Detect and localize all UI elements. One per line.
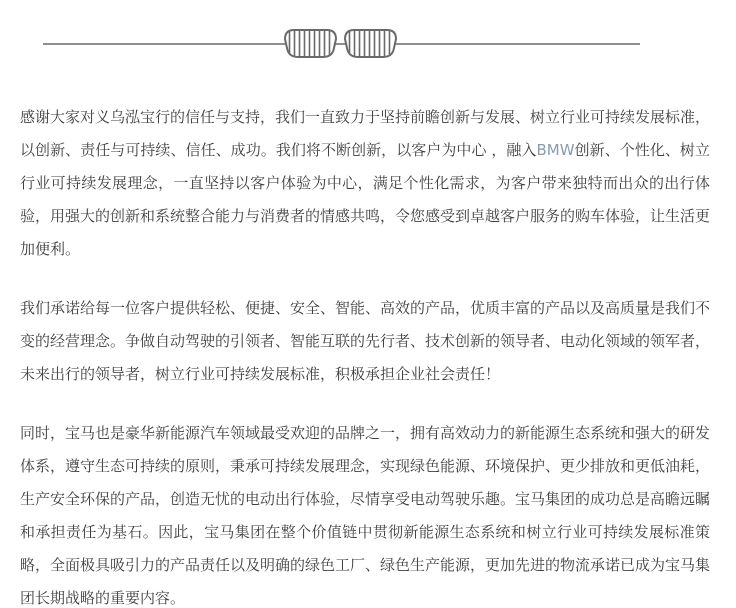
article-body: 感谢大家对义乌泓宝行的信任与支持，我们一直致力于坚持前瞻创新与发展、树立行业可持… xyxy=(0,88,736,608)
paragraph-2: 我们承诺给每一位客户提供轻松、便捷、安全、智能、高效的产品，优质丰富的产品以及高… xyxy=(20,292,710,391)
paragraph-1: 感谢大家对义乌泓宝行的信任与支持，我们一直致力于坚持前瞻创新与发展、树立行业可持… xyxy=(20,101,710,266)
paragraph-3: 同时，宝马也是豪华新能源汽车领域最受欢迎的品牌之一，拥有高效动力的新能源生态系统… xyxy=(20,417,710,608)
bmw-keyword-link[interactable]: BMW xyxy=(536,141,574,159)
article-page: 感谢大家对义乌泓宝行的信任与支持，我们一直致力于坚持前瞻创新与发展、树立行业可持… xyxy=(0,0,736,608)
header-divider xyxy=(0,0,736,88)
bmw-kidney-grille-icon xyxy=(284,29,398,59)
